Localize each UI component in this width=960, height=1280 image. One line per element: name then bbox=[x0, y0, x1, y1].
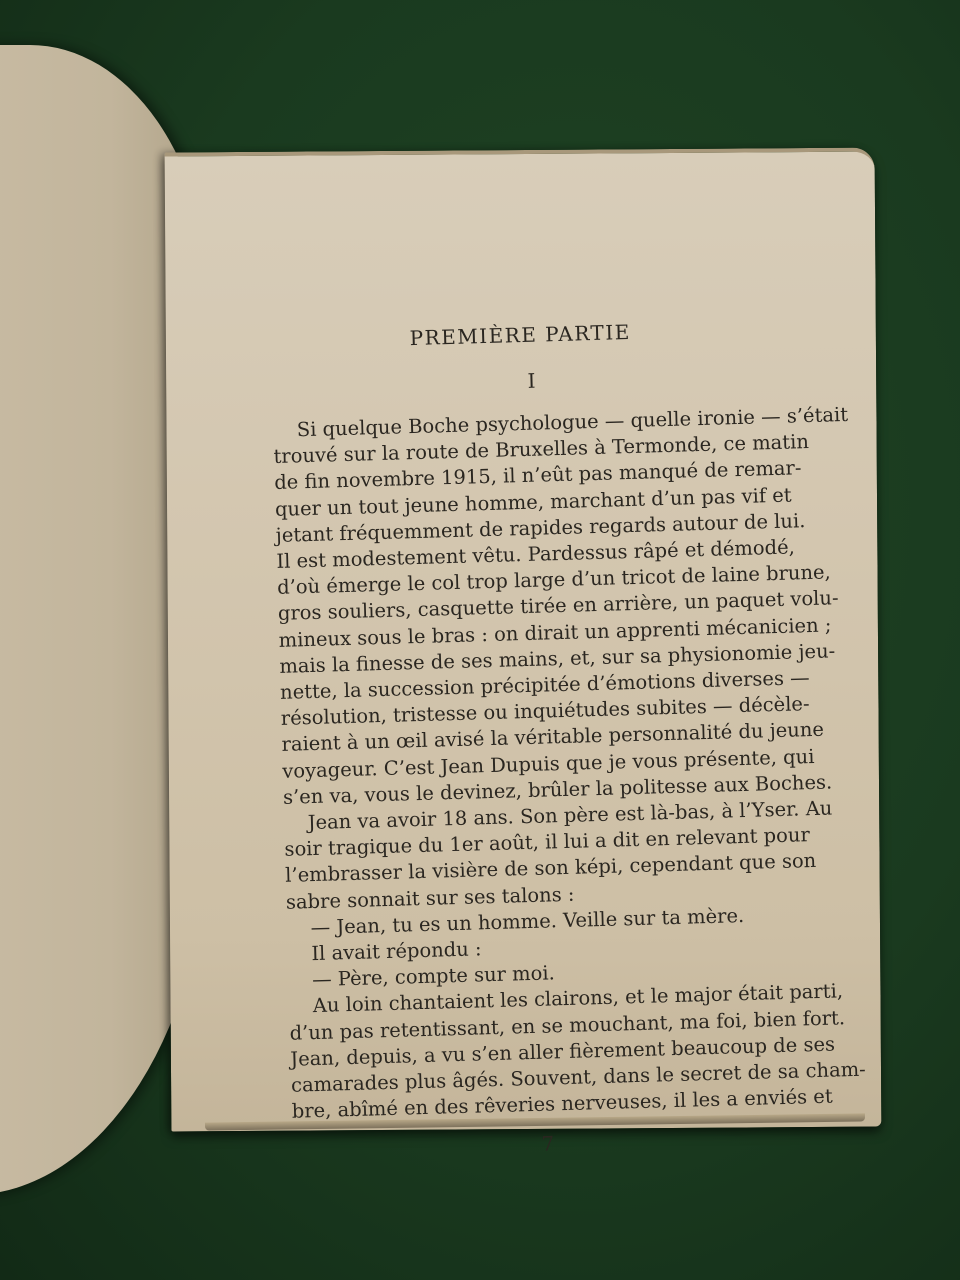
chapter-number: I bbox=[311, 363, 751, 399]
page-number: 7 bbox=[323, 1126, 773, 1163]
page-text-block: PREMIÈRE PARTIE I Si quelque Boche psych… bbox=[270, 317, 773, 1164]
